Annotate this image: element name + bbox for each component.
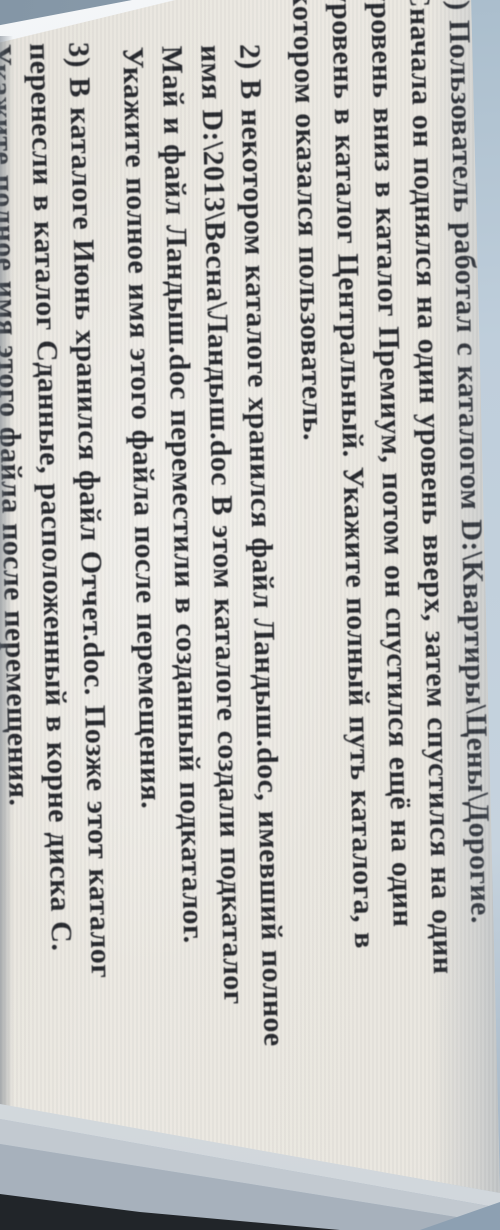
document-page: 1) Пользователь работал с каталогом D:\К… <box>0 0 500 1230</box>
photo-of-screen: 1) Пользователь работал с каталогом D:\К… <box>0 0 500 1230</box>
document-text: 1) Пользователь работал с каталогом D:\К… <box>0 0 500 1230</box>
problem-2: 2) В некотором каталоге хранился файл Ла… <box>113 43 298 1226</box>
problem-3: 3) В каталоге Июнь хранился файл Отчет.d… <box>0 42 127 1230</box>
problem-1: 1) Пользователь работал с каталогом D:\К… <box>283 0 500 1223</box>
